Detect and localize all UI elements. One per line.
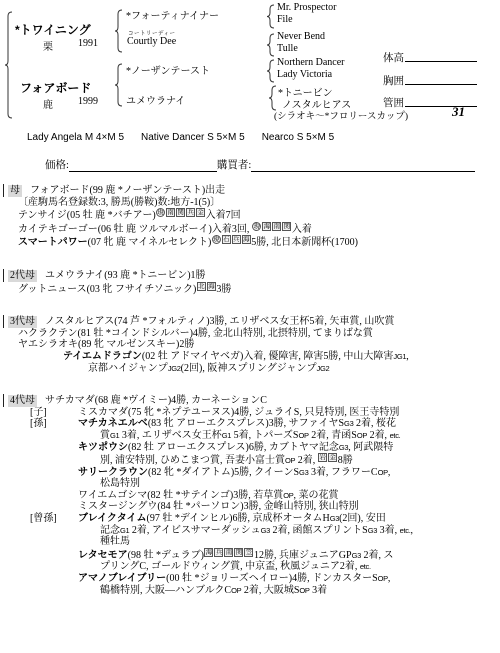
region-badge: 関 bbox=[176, 208, 185, 217]
region-badge: 関 bbox=[234, 548, 243, 557]
record-text: (07 牝 鹿 マイネルセレクト) bbox=[88, 237, 212, 248]
grade-label: G1 bbox=[110, 431, 119, 440]
record-text: テンサイジ(05 牡 鹿 *バチアー) bbox=[18, 210, 156, 221]
record-line: テンサイジ(05 牡 鹿 *バチアー)現南関兵金入着7回 bbox=[8, 208, 500, 222]
record-line: レタセモア(98 牡 *デュラブ)海兵南関笠12勝, 兵庫ジュニアGPG3 2着… bbox=[8, 548, 500, 562]
record-text: 2着, アイビスサマーダッシュ bbox=[129, 525, 260, 536]
record-text: (98 牡 *デュラブ) bbox=[128, 550, 204, 561]
gp-name: Lady Victoria bbox=[277, 69, 332, 80]
record-line: ハクラクテン(81 牡 *コインドシルバー)4勝, 金北山特別, 北摂特別, て… bbox=[8, 328, 500, 340]
girth-blank bbox=[405, 73, 477, 85]
price-label: 価格: bbox=[45, 160, 69, 171]
record-line: 2代母ユメウラナイ(93 鹿 *トニービン)1勝 bbox=[8, 270, 500, 282]
region-badge: 海 bbox=[207, 282, 216, 291]
record-text: ミスカマダ(75 牝 *ネプテユーヌス)4勝, ジュライS, 只見特別, 医王寺… bbox=[78, 407, 399, 418]
relation-tag: [子] bbox=[30, 407, 78, 419]
region-badge: 海 bbox=[262, 222, 271, 231]
grade-label: etc. bbox=[360, 562, 371, 571]
gp-name: Tulle bbox=[277, 43, 298, 54]
grade-label: G1 bbox=[222, 431, 231, 440]
sire-coat: 栗 bbox=[43, 38, 53, 53]
record-text: 3着 bbox=[310, 585, 328, 596]
record-line: 種牡馬 bbox=[8, 536, 500, 548]
record-section: 3代母ノスタルヒアス(74 芦 *フォルティノ)3勝, エリザベス女王杯5着, … bbox=[8, 316, 500, 374]
record-text: ユメウラナイ(93 鹿 *トニービン)1勝 bbox=[45, 270, 206, 281]
record-text: 種牡馬 bbox=[100, 536, 130, 547]
record-line: キツポウシ(82 牡 アローエクスプレス)6勝, カブトヤマ記念G3, 阿武隈特 bbox=[8, 442, 500, 454]
gp-name: Northern Dancer bbox=[277, 57, 344, 68]
buyer-label: 購買者: bbox=[217, 160, 251, 171]
record-text: 記念 bbox=[100, 525, 120, 536]
grade-label: G3 bbox=[339, 443, 348, 452]
grade-label: OP bbox=[299, 431, 309, 440]
sire-year: 1991 bbox=[78, 38, 98, 49]
region-badge: 岩 bbox=[318, 453, 327, 462]
price-blank bbox=[69, 161, 217, 172]
record-text: (02 牡 アドマイヤベガ)入着, 優障害, 障害5勝, 中山大障害 bbox=[142, 351, 393, 362]
record-text: 3着, bbox=[377, 525, 400, 536]
grade-label: OP bbox=[283, 491, 293, 500]
generation-label: 3代母 bbox=[8, 316, 37, 328]
record-section: 4代母サチカマダ(68 鹿 *ヴイミー)4勝, カーネーションC[子]ミスカマダ… bbox=[8, 395, 500, 596]
height-label: 体高 bbox=[383, 50, 404, 65]
region-badge: 関 bbox=[282, 222, 291, 231]
record-text: ワイエムゴシマ(82 牡 *サテインゴ)3勝, 若草賞 bbox=[78, 490, 283, 501]
grade-label: G3 bbox=[368, 526, 377, 535]
relation-tag: [孫] bbox=[30, 418, 78, 430]
record-line: プリングC, ゴールドウィング賞, 中京盃, 秋風ジュニア2着, etc. bbox=[8, 561, 500, 573]
record-text: (82 牝 *ダイアトム)5勝, クイーンS bbox=[148, 467, 299, 478]
record-text: 12勝, 兵庫ジュニアGP bbox=[254, 550, 352, 561]
record-line: [子]ミスカマダ(75 牝 *ネプテユーヌス)4勝, ジュライS, 只見特別, … bbox=[8, 407, 500, 419]
dam-year: 1999 bbox=[78, 96, 98, 107]
record-text: 2着, 大阪城S bbox=[241, 585, 299, 596]
horse-name: ブレイクタイム bbox=[78, 513, 147, 524]
produce-record: 母フォアボード(99 鹿 *ノーザンテースト)出走〔産駒馬名登録数:3, 勝馬(… bbox=[0, 185, 500, 596]
region-badge: 海 bbox=[204, 548, 213, 557]
grade-label: OP bbox=[299, 586, 309, 595]
record-text: (2回), 安田 bbox=[339, 513, 386, 524]
region-badge: 石 bbox=[222, 235, 231, 244]
record-text: 3勝 bbox=[216, 284, 231, 295]
record-text: 〔産駒馬名登録数:3, 勝馬(勝鞍)数:地方-1(5)〕 bbox=[18, 197, 220, 208]
region-badge: 笠 bbox=[244, 548, 253, 557]
sire-sire-name: *フォーティナイナー bbox=[126, 7, 219, 22]
record-section: 母フォアボード(99 鹿 *ノーザンテースト)出走〔産駒馬名登録数:3, 勝馬(… bbox=[8, 185, 500, 249]
status-badge: 現 bbox=[212, 235, 221, 244]
record-text: , bbox=[388, 467, 391, 478]
family-line: (シラオキ～*フロリースカップ) bbox=[274, 108, 408, 122]
sire-name: *トワイニング bbox=[15, 21, 91, 38]
record-text: 2着, 函館スプリントS bbox=[270, 525, 368, 536]
record-text: ハクラクテン(81 牡 *コインドシルバー)4勝, 金北山特別, 北摂特別, て… bbox=[18, 328, 373, 339]
status-badge: 現 bbox=[156, 208, 165, 217]
record-line: 〔産駒馬名登録数:3, 勝馬(勝鞍)数:地方-1(5)〕 bbox=[8, 197, 500, 209]
record-line: [曾孫]ブレイクタイム(97 牡 *デインヒル)6勝, 京成杯オータムHG3(2… bbox=[8, 513, 500, 525]
record-line: テイエムドラゴン(02 牡 アドマイヤベガ)入着, 優障害, 障害5勝, 中山大… bbox=[8, 351, 500, 363]
cannon-blank bbox=[405, 95, 477, 107]
cannon-label: 管囲 bbox=[383, 95, 404, 110]
record-line: ヤエシラオキ(89 牝 マルゼンスキー)2勝 bbox=[8, 339, 500, 351]
dam-name: フォアボード bbox=[20, 79, 91, 96]
record-text: (83 牝 アローエクスプレス)3勝, サファイヤS bbox=[148, 418, 344, 429]
generation-label: 母 bbox=[8, 185, 22, 197]
gp-name: File bbox=[277, 14, 293, 25]
sire-dam-name: Courtly Dee bbox=[127, 36, 176, 47]
record-text: 2着, 桜花 bbox=[353, 418, 396, 429]
grade-label: G3 bbox=[352, 551, 361, 560]
record-line: カイテキゴーゴー(06 牡 鹿 ツルマルボーイ)入着3回, 現海南関入着 bbox=[8, 222, 500, 236]
generation-label: 4代母 bbox=[8, 395, 37, 407]
record-text: 京都ハイジャンプ bbox=[88, 363, 168, 374]
region-badge: 南 bbox=[224, 548, 233, 557]
horse-name: キツポウシ bbox=[78, 442, 128, 453]
inbreeding-item: Nearco S 5×M 5 bbox=[262, 132, 335, 143]
inbreeding-line: Lady Angela M 4×M 5Native Dancer S 5×M 5… bbox=[0, 132, 500, 143]
region-badge: 金 bbox=[196, 208, 205, 217]
record-text: 3着, フラワーC bbox=[308, 467, 377, 478]
record-line: [孫]マチカネエルベ(83 牝 アローエクスプレス)3勝, サファイヤSG3 2… bbox=[8, 418, 500, 430]
record-text: (00 牡 *ジョリーズヘイロー)4勝, ドンカスターS bbox=[166, 573, 378, 584]
record-line: 別, 浦安特別, ひめこまつ賞, 吾妻小富士賞OP 2着, 岩金8勝 bbox=[8, 453, 500, 467]
buyer-blank bbox=[251, 161, 475, 172]
record-text: , bbox=[388, 573, 391, 584]
record-line: 記念G1 2着, アイビスサマーダッシュG3 2着, 函館スプリントSG3 3着… bbox=[8, 525, 500, 537]
status-badge: 現 bbox=[252, 222, 261, 231]
pedigree-chart: *トワイニング 栗 1991 フォアボード 鹿 1999 *フォーティナイナー … bbox=[0, 0, 500, 124]
record-line: 母フォアボード(99 鹿 *ノーザンテースト)出走 bbox=[8, 185, 500, 197]
relation-tag: [曾孫] bbox=[30, 513, 78, 525]
record-text: 2着, ス bbox=[361, 550, 394, 561]
record-line: グットニュース(03 牝 フサイチソニック)北海3勝 bbox=[8, 282, 500, 296]
inbreeding-item: Lady Angela M 4×M 5 bbox=[27, 132, 124, 143]
record-text: 入着 bbox=[292, 224, 312, 235]
region-badge: 海 bbox=[242, 235, 251, 244]
horse-name: サリークラウン bbox=[78, 467, 148, 478]
record-line: 3代母ノスタルヒアス(74 芦 *フォルティノ)3勝, エリザベス女王杯5着, … bbox=[8, 316, 500, 328]
record-text: , 阿武隈特 bbox=[348, 442, 393, 453]
record-text: 松島特別 bbox=[100, 478, 140, 489]
dam-dam-name: ユメウラナイ bbox=[126, 92, 185, 107]
height-blank bbox=[405, 50, 477, 62]
record-text: 2着, bbox=[295, 455, 318, 466]
record-text: カイテキゴーゴー(06 牡 鹿 ツルマルボーイ)入着3回, bbox=[18, 224, 252, 235]
record-text: , 菜の花賞 bbox=[294, 490, 339, 501]
record-text: プリングC, ゴールドウィング賞, 中京盃, 秋風ジュニア2着, bbox=[100, 561, 360, 572]
record-text: 鶴橋特別, 大阪―ハンブルクC bbox=[100, 585, 231, 596]
grade-label: OP bbox=[378, 574, 388, 583]
record-line: ワイエムゴシマ(82 牡 *サテインゴ)3勝, 若草賞OP, 菜の花賞 bbox=[8, 490, 500, 502]
record-line: アマノブレイブリー(00 牡 *ジョリーズヘイロー)4勝, ドンカスターSOP, bbox=[8, 573, 500, 585]
grade-label: etc. bbox=[400, 526, 411, 535]
pedigree-catalog-page: *トワイニング 栗 1991 フォアボード 鹿 1999 *フォーティナイナー … bbox=[0, 0, 500, 653]
record-line: サリークラウン(82 牝 *ダイアトム)5勝, クイーンSG3 3着, フラワー… bbox=[8, 467, 500, 479]
record-text: 賞 bbox=[100, 430, 110, 441]
record-text: (2回), 阪神スプリングジャンプ bbox=[181, 363, 317, 374]
record-line: ミスタージングウ(84 牡 *パーソロン)3勝, 金峰山特別, 狭山特別 bbox=[8, 501, 500, 513]
record-line: 4代母サチカマダ(68 鹿 *ヴイミー)4勝, カーネーションC bbox=[8, 395, 500, 407]
region-badge: 兵 bbox=[232, 235, 241, 244]
record-text: , bbox=[410, 525, 413, 536]
region-badge: 南 bbox=[166, 208, 175, 217]
girth-label: 胸囲 bbox=[383, 73, 404, 88]
record-text: 5着, トパーズS bbox=[231, 430, 298, 441]
grade-label: G3 bbox=[261, 526, 270, 535]
record-line: 賞G1 3着, エリザベス女王杯G1 5着, トパーズSOP 2着, 青函SOP… bbox=[8, 430, 500, 442]
record-text: 入着7回 bbox=[206, 210, 241, 221]
grade-label: OP bbox=[231, 586, 241, 595]
inbreeding-item: Native Dancer S 5×M 5 bbox=[141, 132, 245, 143]
record-text: サチカマダ(68 鹿 *ヴイミー)4勝, カーネーションC bbox=[45, 395, 267, 406]
record-section: 2代母ユメウラナイ(93 鹿 *トニービン)1勝グットニュース(03 牝 フサイ… bbox=[8, 270, 500, 295]
record-text: (82 牡 アローエクスプレス)6勝, カブトヤマ記念 bbox=[128, 442, 339, 453]
dam-sire-name: *ノーザンテースト bbox=[126, 62, 210, 77]
region-badge: 兵 bbox=[214, 548, 223, 557]
grade-label: G3 bbox=[330, 514, 339, 523]
region-badge: 金 bbox=[328, 453, 337, 462]
record-text: ミスタージングウ(84 牡 *パーソロン)3勝, 金峰山特別, 狭山特別 bbox=[78, 501, 359, 512]
record-text: ヤエシラオキ(89 牝 マルゼンスキー)2勝 bbox=[18, 339, 194, 350]
purchase-row: 価格:購買者: bbox=[0, 157, 500, 172]
record-text: 5勝, 北日本新聞杯(1700) bbox=[251, 237, 358, 248]
horse-name: アマノブレイブリー bbox=[78, 573, 166, 584]
record-text: 2着, 青函S bbox=[309, 430, 357, 441]
record-text: 2着, bbox=[367, 430, 390, 441]
gp-name: Never Bend bbox=[277, 31, 325, 42]
grade-label: G1 bbox=[120, 526, 129, 535]
grade-label: JG2 bbox=[168, 364, 181, 373]
horse-name: レタセモア bbox=[78, 550, 128, 561]
grade-label: etc. bbox=[390, 431, 401, 440]
record-text: (97 牡 *デインヒル)6勝, 京成杯オータムH bbox=[147, 513, 330, 524]
grade-label: JG1 bbox=[393, 352, 406, 361]
region-badge: 南 bbox=[272, 222, 281, 231]
record-line: 鶴橋特別, 大阪―ハンブルクCOP 2着, 大阪城SOP 3着 bbox=[8, 585, 500, 597]
record-line: スマートパワー(07 牝 鹿 マイネルセレクト)現石兵海5勝, 北日本新聞杯(1… bbox=[8, 235, 500, 249]
record-text: 8勝 bbox=[338, 455, 353, 466]
horse-name: テイエムドラゴン bbox=[63, 351, 142, 362]
record-line: 京都ハイジャンプJG2(2回), 阪神スプリングジャンプJG2 bbox=[8, 363, 500, 375]
record-text: 3着, エリザベス女王杯 bbox=[119, 430, 221, 441]
horse-name: スマートパワー bbox=[18, 237, 88, 248]
region-badge: 北 bbox=[197, 282, 206, 291]
record-text: フォアボード(99 鹿 *ノーザンテースト)出走 bbox=[30, 185, 225, 196]
record-line: 松島特別 bbox=[8, 478, 500, 490]
grade-label: OP bbox=[285, 456, 295, 465]
grade-label: OP bbox=[357, 431, 367, 440]
generation-label: 2代母 bbox=[8, 270, 37, 282]
record-text: グットニュース(03 牝 フサイチソニック) bbox=[18, 284, 196, 295]
horse-name: マチカネエルベ bbox=[78, 418, 148, 429]
grade-label: JG2 bbox=[317, 364, 330, 373]
dam-coat: 鹿 bbox=[43, 96, 53, 111]
record-text: 別, 浦安特別, ひめこまつ賞, 吾妻小富士賞 bbox=[100, 455, 285, 466]
record-text: ノスタルヒアス(74 芦 *フォルティノ)3勝, エリザベス女王杯5着, 矢車賞… bbox=[45, 316, 394, 327]
grade-label: OP bbox=[378, 468, 388, 477]
record-text: , bbox=[406, 351, 409, 362]
region-badge: 兵 bbox=[186, 208, 195, 217]
gp-name: Mr. Prospector bbox=[277, 2, 336, 13]
